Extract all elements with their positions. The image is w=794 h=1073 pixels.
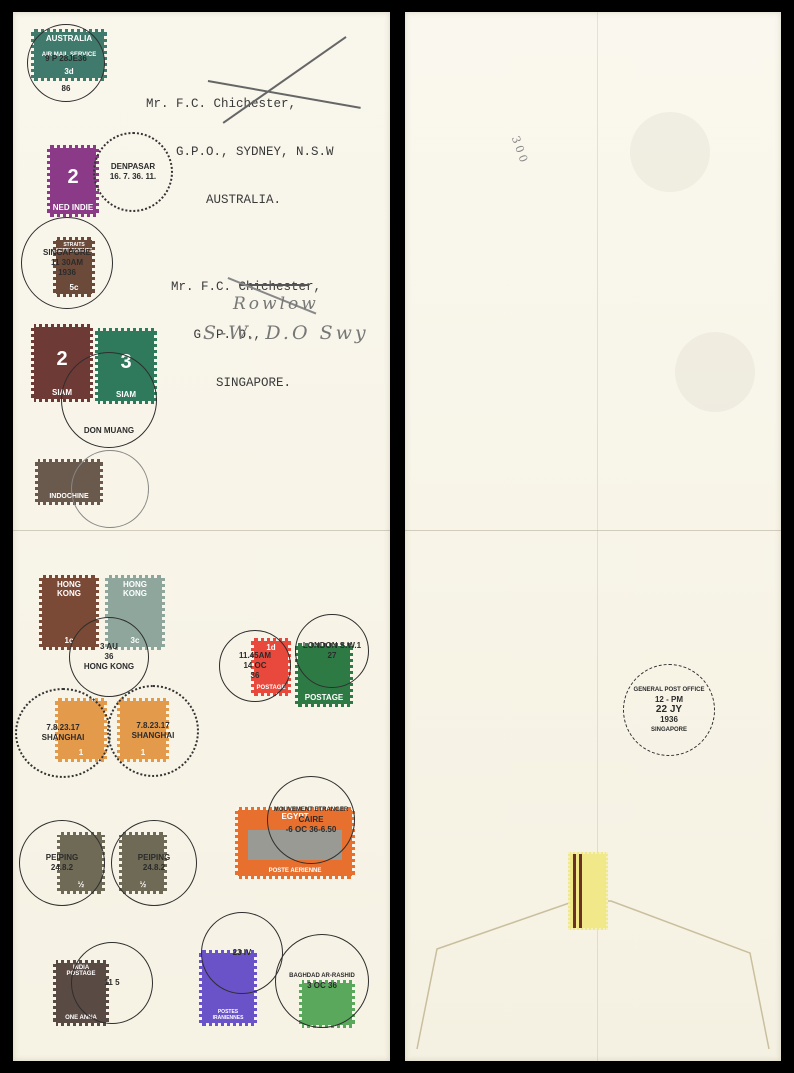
fold-line (13, 530, 390, 531)
postmark-gpo-singapore: GENERAL POST OFFICE 12 - PM 22 JY 1936 S… (623, 664, 715, 756)
postmark-shanghai: 7.8.23.17SHANGHAI (15, 688, 111, 778)
postmark-don-muang: DON MUANG (61, 352, 157, 448)
handwritten-note: Rowlow (233, 294, 319, 314)
address-sydney: Mr. F.C. Chichester, G.P.O., SYDNEY, N.S… (146, 64, 334, 240)
offset-smudge (675, 332, 755, 412)
address-line: SINGAPORE. (171, 375, 321, 391)
postmark-london: 11.45AM14 OC36 (219, 630, 291, 702)
postmark-hong-kong: 3 AU36HONG KONG (69, 617, 149, 697)
seal-label (568, 852, 608, 930)
postmark-india: 11 5 (71, 942, 153, 1024)
postmark-london: LONDON S.W.127 (295, 614, 369, 688)
fold-line (405, 530, 781, 531)
postmark-singapore: SINGAPORE11 30AM1936 (21, 217, 113, 309)
postmark-indochine (71, 450, 149, 528)
postmark-peiping: PEIPING24.8.2 (111, 820, 197, 906)
address-line: AUSTRALIA. (146, 192, 334, 208)
cover-front: Mr. F.C. Chichester, G.P.O., SYDNEY, N.S… (13, 12, 390, 1061)
handwritten-note: S-W. D.O Swy (203, 322, 369, 344)
address-line: G.P.O., SYDNEY, N.S.W (146, 144, 334, 160)
postmark-baghdad: BAGHDAD AR-RASHID3 OC 36 (275, 934, 369, 1028)
postmark-iran: 23 IV (201, 912, 283, 994)
label-stripe (573, 854, 576, 928)
postmark-denpasar: DENPASAR16. 7. 36. 11. (93, 132, 173, 212)
address-line: Mr. F.C. Chichester, (171, 279, 321, 295)
offset-smudge (630, 112, 710, 192)
postmark-sydney: 9 P 28JE3686 (27, 24, 105, 102)
label-stripe (579, 854, 582, 928)
postmark-cairo: MOUVEMENT ETRANGERCAIRE-6 OC 36-6.50 (267, 776, 355, 864)
postmark-peiping: PEIPING24.8.2 (19, 820, 105, 906)
stamp-ned-indie: 2NED INDIE (47, 145, 99, 217)
pencil-note: 300 (509, 134, 531, 167)
postmark-shanghai: 7.8.23.17SHANGHAI (107, 685, 199, 777)
cover-back: 300 GENERAL POST OFFICE 12 - PM 22 JY 19… (405, 12, 781, 1061)
